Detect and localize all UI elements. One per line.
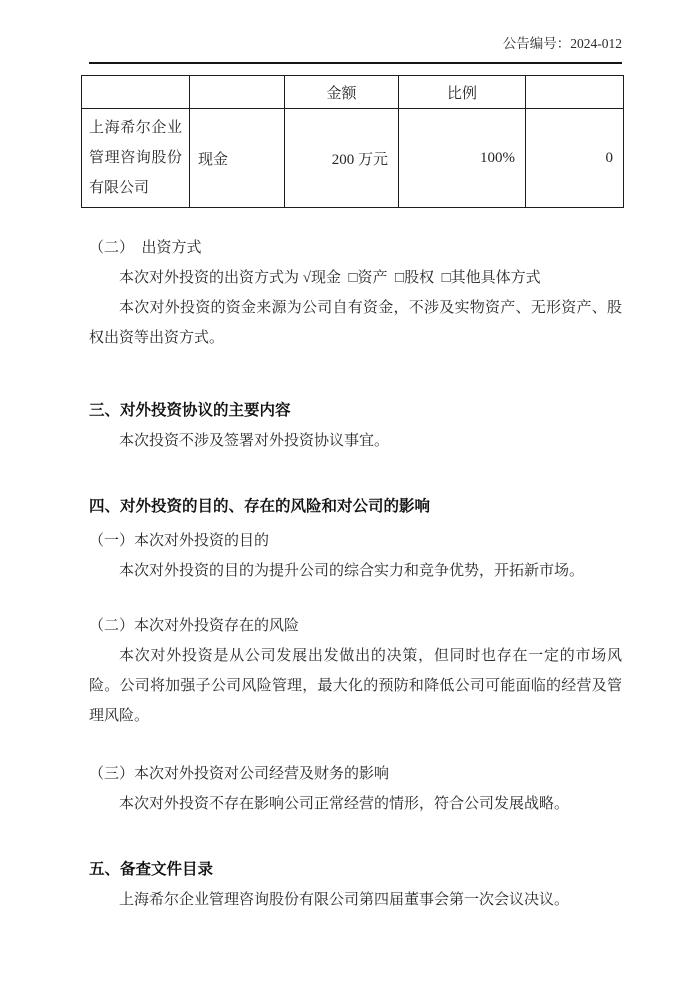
section-3-paragraph: 本次投资不涉及签署对外投资协议事宜。 [89, 426, 622, 456]
section-4-3-subtitle: （三）本次对外投资对公司经营及财务的影响 [89, 759, 622, 789]
table-header-blank-1 [82, 76, 190, 109]
section-4-2-subtitle: （二）本次对外投资存在的风险 [89, 611, 622, 641]
section-2-subtitle-funding-method: （二） 出资方式 [89, 233, 622, 263]
header-rule [89, 62, 622, 64]
cell-other-value: 0 [526, 109, 624, 208]
document-page: 公告编号：2024-012 金额 比例 上海希尔企业管理咨询股份有限公司 现金 … [0, 0, 695, 986]
cell-company-name: 上海希尔企业管理咨询股份有限公司 [82, 109, 190, 208]
section-5-paragraph: 上海希尔企业管理咨询股份有限公司第四届董事会第一次会议决议。 [89, 885, 622, 915]
section-4-3-paragraph: 本次对外投资不存在影响公司正常经营的情形，符合公司发展战略。 [89, 789, 622, 819]
section-3-heading: 三、对外投资协议的主要内容 [89, 396, 622, 426]
funding-source-paragraph: 本次对外投资的资金来源为公司自有资金，不涉及实物资产、无形资产、股权出资等出资方… [89, 293, 622, 353]
table-header-blank-3 [526, 76, 624, 109]
table-row: 上海希尔企业管理咨询股份有限公司 现金 200 万元 100% 0 [82, 109, 624, 208]
section-4-1-subtitle: （一）本次对外投资的目的 [89, 526, 622, 556]
funding-method-checkbox-line: 本次对外投资的出资方式为 √现金 □资产 □股权 □其他具体方式 [89, 263, 622, 293]
table-header-ratio: 比例 [399, 76, 526, 109]
table-header-row: 金额 比例 [82, 76, 624, 109]
table-header-blank-2 [190, 76, 285, 109]
announcement-number: 公告编号：2024-012 [89, 0, 622, 52]
cell-amount: 200 万元 [285, 109, 399, 208]
investment-table: 金额 比例 上海希尔企业管理咨询股份有限公司 现金 200 万元 100% 0 [81, 75, 624, 208]
section-4-heading: 四、对外投资的目的、存在的风险和对公司的影响 [89, 492, 622, 522]
cell-ratio: 100% [399, 109, 526, 208]
cell-payment-method: 现金 [190, 109, 285, 208]
section-4-2-paragraph: 本次对外投资是从公司发展出发做出的决策，但同时也存在一定的市场风险。公司将加强子… [89, 641, 622, 731]
table-header-amount: 金额 [285, 76, 399, 109]
section-4-1-paragraph: 本次对外投资的目的为提升公司的综合实力和竞争优势，开拓新市场。 [89, 556, 622, 586]
section-5-heading: 五、备查文件目录 [89, 855, 622, 885]
